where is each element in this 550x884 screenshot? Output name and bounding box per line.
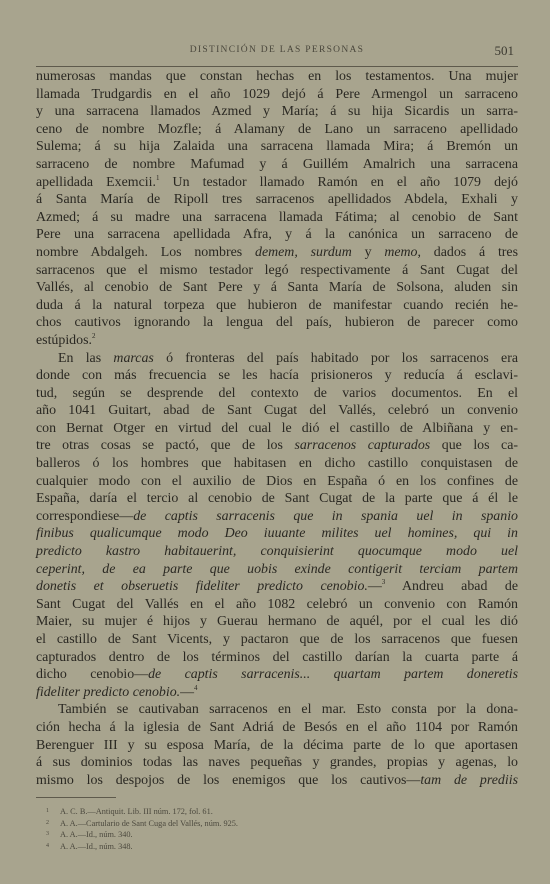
text-line: estúpidos.2: [36, 332, 518, 350]
text-segment: ción hecha á la iglesia de Sant Adriá de…: [36, 720, 518, 735]
text-line: capturados dentro de los términos del ca…: [36, 649, 518, 667]
text-segment: sarracenos que el mismo testador legó re…: [36, 263, 518, 278]
text-line: á sus dominios todas las naves pequeñas …: [36, 754, 518, 772]
text-segment: sarraceno de nombre Mafumad y á Guillém …: [36, 157, 518, 172]
text-line: ceno de nombre Mozfle; á Alamany de Lano…: [36, 121, 518, 139]
text-segment: ceno de nombre Mozfle; á Alamany de Lano…: [36, 122, 518, 137]
text-line: predicto kastro habitauerint, conquisier…: [36, 543, 518, 561]
footnote-mark: 3: [46, 829, 60, 840]
text-segment: Maier, su mujer é hijos y Guerau hermano…: [36, 614, 518, 629]
text-line: Sulema; á su hija Zalaida una sarracena …: [36, 138, 518, 156]
text-line: numerosas mandas que constan hechas en l…: [36, 68, 518, 86]
text-segment: año 1041 Guitart, abad de Sant Cugat del…: [36, 403, 518, 418]
text-segment: Pere una sarracena apellidada Afra, y á …: [36, 227, 518, 242]
text-segment: el castillo de Sant Vicents, y pactaron …: [36, 632, 518, 647]
text-segment: Sant Cugat del Vallés en el año 1082 cel…: [36, 597, 518, 612]
text-line: fideliter predicto cenobio.—4: [36, 684, 518, 702]
text-segment: España, daría el tercio al cenobio de Sa…: [36, 491, 518, 506]
text-line: nombre Abdalgeh. Los nombres demem, surd…: [36, 244, 518, 262]
text-segment: , dados á tres: [418, 245, 519, 260]
text-line: llamada Trudgardis en el año 1029 dejó á…: [36, 86, 518, 104]
body-text: numerosas mandas que constan hechas en l…: [36, 68, 518, 789]
text-segment: mismo los despojos de los enemigos que l…: [36, 773, 420, 788]
text-segment: Vallés, al cenobio de Sant Pere y á Sant…: [36, 280, 518, 295]
footnote: 4A. A.—Id., núm. 348.: [46, 841, 238, 853]
text-segment: chos cautivos ignorando la lengua del pa…: [36, 315, 518, 330]
footnote-reference[interactable]: 2: [92, 332, 96, 340]
italic-text: marcas: [113, 351, 153, 366]
text-line: y una sarracena llamados Azmed y María; …: [36, 103, 518, 121]
text-line: España, daría el tercio al cenobio de Sa…: [36, 490, 518, 508]
text-line: el castillo de Sant Vicents, y pactaron …: [36, 631, 518, 649]
text-segment: capturados dentro de los términos del ca…: [36, 650, 518, 665]
italic-text: memo: [384, 245, 417, 260]
text-segment: Andreu abad de: [385, 579, 518, 594]
italic-text: demem, surdum: [255, 245, 352, 260]
text-line: sarracenos que el mismo testador legó re…: [36, 262, 518, 280]
footnote: 3A. A.—Id., núm. 340.: [46, 829, 238, 841]
footnotes: 1A. C. B.—Antiquit. Lib. III núm. 172, f…: [46, 806, 238, 852]
footnote-rule: [36, 797, 116, 798]
text-segment: apellidada Exemcii.: [36, 175, 156, 190]
text-segment: á sus dominios todas las naves pequeñas …: [36, 755, 518, 770]
text-segment: que los ca-: [430, 438, 518, 453]
text-line: dicho cenobio—de captis sarracenis... qu…: [36, 666, 518, 684]
italic-text: finibus qualicumque modo Deo iuuante mil…: [36, 526, 518, 541]
text-line: chos cautivos ignorando la lengua del pa…: [36, 314, 518, 332]
text-segment: cualquier modo con el auxilio de Dios en…: [36, 474, 518, 489]
text-segment: á Santa María de Ripoll tres sarracenos …: [36, 192, 518, 207]
text-segment: y: [352, 245, 385, 260]
footnote-mark: 2: [46, 818, 60, 829]
text-line: Vallés, al cenobio de Sant Pere y á Sant…: [36, 279, 518, 297]
text-segment: También se cautivaban sarracenos en el m…: [58, 702, 518, 717]
header-rule: [36, 66, 518, 67]
text-segment: estúpidos.: [36, 333, 92, 348]
italic-text: fideliter predicto cenobio.: [36, 685, 180, 700]
italic-text: sarracenos capturados: [294, 438, 430, 453]
text-segment: correspondiese—: [36, 509, 133, 524]
text-line: tud, según se desprende del contexto de …: [36, 385, 518, 403]
text-segment: En las: [58, 351, 113, 366]
text-line: ción hecha á la iglesia de Sant Adriá de…: [36, 719, 518, 737]
text-segment: ó fronteras del país habitado por los sa…: [154, 351, 518, 366]
text-segment: nombre Abdalgeh. Los nombres: [36, 245, 255, 260]
text-line: Azmed; á su madre una sarracena llamada …: [36, 209, 518, 227]
text-segment: —: [180, 685, 194, 700]
text-segment: con Bernat Otger en virtud del cual le d…: [36, 421, 518, 436]
text-segment: tre otras cosas se pactó, que de los: [36, 438, 294, 453]
footnote-text: A. A.—Cartulario de Sant Cuga del Vallés…: [60, 819, 238, 828]
italic-text: de captis sarracenis... quartam partem d…: [148, 667, 518, 682]
footnote: 1A. C. B.—Antiquit. Lib. III núm. 172, f…: [46, 806, 238, 818]
footnote-text: A. C. B.—Antiquit. Lib. III núm. 172, fo…: [60, 807, 213, 816]
text-line: donde con más frecuencia se les hacía pr…: [36, 367, 518, 385]
text-line: correspondiese—de captis sarracenis que …: [36, 508, 518, 526]
text-segment: donde con más frecuencia se les hacía pr…: [36, 368, 518, 383]
page-number: 501: [495, 43, 515, 59]
text-line: Berenguer III y su esposa María, de la d…: [36, 737, 518, 755]
text-segment: llamada Trudgardis en el año 1029 dejó á…: [36, 87, 518, 102]
text-line: Pere una sarracena apellidada Afra, y á …: [36, 226, 518, 244]
text-line: finibus qualicumque modo Deo iuuante mil…: [36, 525, 518, 543]
text-line: duda á la natural torpeza que hubieron d…: [36, 297, 518, 315]
footnote: 2A. A.—Cartulario de Sant Cuga del Vallé…: [46, 818, 238, 830]
footnote-text: A. A.—Id., núm. 348.: [60, 842, 133, 851]
text-segment: y una sarracena llamados Azmed y María; …: [36, 104, 518, 119]
text-line: á Santa María de Ripoll tres sarracenos …: [36, 191, 518, 209]
text-line: donetis et obseruetis fideliter predicto…: [36, 578, 518, 596]
italic-text: de captis sarracenis que in spania uel i…: [133, 509, 518, 524]
text-line: sarraceno de nombre Mafumad y á Guillém …: [36, 156, 518, 174]
text-line: cualquier modo con el auxilio de Dios en…: [36, 473, 518, 491]
text-segment: Sulema; á su hija Zalaida una sarracena …: [36, 139, 518, 154]
text-segment: dicho cenobio—: [36, 667, 148, 682]
italic-text: tam de prediis: [420, 773, 518, 788]
text-line: Maier, su mujer é hijos y Guerau hermano…: [36, 613, 518, 631]
text-line: En las marcas ó fronteras del país habit…: [36, 350, 518, 368]
text-line: También se cautivaban sarracenos en el m…: [36, 701, 518, 719]
text-line: Sant Cugat del Vallés en el año 1082 cel…: [36, 596, 518, 614]
text-line: mismo los despojos de los enemigos que l…: [36, 772, 518, 790]
text-segment: Berenguer III y su esposa María, de la d…: [36, 738, 518, 753]
text-line: año 1041 Guitart, abad de Sant Cugat del…: [36, 402, 518, 420]
text-line: ceperint, de ea parte que uobis exinde c…: [36, 561, 518, 579]
text-segment: duda á la natural torpeza que hubieron d…: [36, 298, 518, 313]
footnote-mark: 4: [46, 841, 60, 852]
running-head: Distinción de las personas 501: [36, 45, 518, 61]
text-segment: tud, según se desprende del contexto de …: [36, 386, 518, 401]
text-segment: balleros ó los hombres que habitasen en …: [36, 456, 518, 471]
text-line: tre otras cosas se pactó, que de los sar…: [36, 437, 518, 455]
footnote-text: A. A.—Id., núm. 340.: [60, 830, 133, 839]
italic-text: predicto kastro habitauerint, conquisier…: [36, 544, 518, 559]
text-line: con Bernat Otger en virtud del cual le d…: [36, 420, 518, 438]
italic-text: donetis et obseruetis fideliter predicto…: [36, 579, 368, 594]
italic-text: ceperint, de ea parte que uobis exinde c…: [36, 562, 518, 577]
text-line: apellidada Exemcii.1 Un testador llamado…: [36, 174, 518, 192]
text-line: balleros ó los hombres que habitasen en …: [36, 455, 518, 473]
footnote-mark: 1: [46, 806, 60, 817]
text-segment: —: [368, 579, 382, 594]
text-segment: Un testador llamado Ramón en el año 1079…: [159, 175, 518, 190]
running-title: Distinción de las personas: [36, 45, 518, 55]
text-segment: Azmed; á su madre una sarracena llamada …: [36, 210, 518, 225]
footnote-reference[interactable]: 4: [194, 684, 198, 692]
text-segment: numerosas mandas que constan hechas en l…: [36, 69, 518, 84]
